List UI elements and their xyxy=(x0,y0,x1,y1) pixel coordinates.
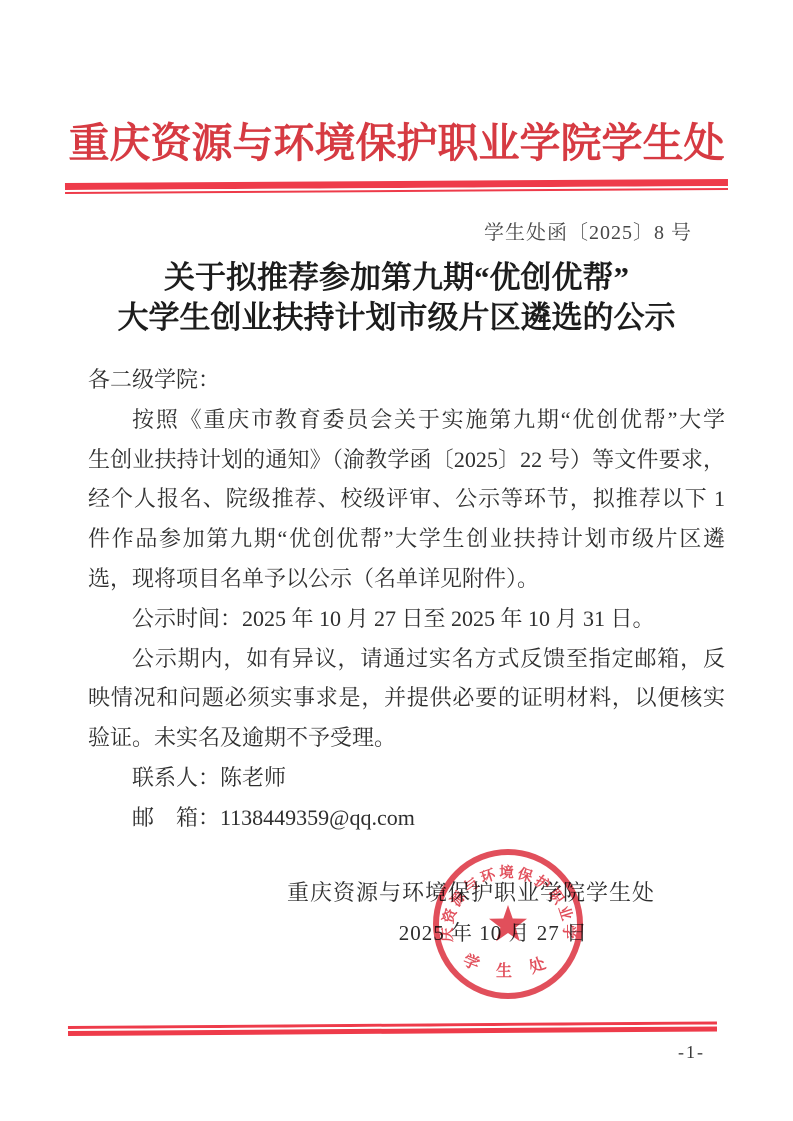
footer-rule xyxy=(68,1021,717,1036)
body-line: 各二级学院： xyxy=(88,360,725,400)
body-line: 公示期内，如有异议，请通过实名方式反馈至指定邮箱，反 xyxy=(132,639,725,679)
letterhead-rule xyxy=(65,179,728,194)
notice-title: 关于拟推荐参加第九期“优创优帮” 大学生创业扶持计划市级片区遴选的公示 xyxy=(0,258,793,338)
document-page: 重庆资源与环境保护职业学院学生处 学生处函〔2025〕8 号 关于拟推荐参加第九… xyxy=(0,0,793,1121)
body-line: 生创业扶持计划的通知》（渝教学函〔2025〕22 号）等文件要求， xyxy=(88,440,725,480)
official-seal: 重庆资源与环境保护职业学院 学 生 处 xyxy=(427,845,589,1005)
body-line: 经个人报名、院级推荐、校级评审、公示等环节，拟推荐以下 1 xyxy=(88,479,725,519)
seal-bottom-text: 学 生 处 xyxy=(460,950,555,980)
body-line: 按照《重庆市教育委员会关于实施第九期“优创优帮”大学 xyxy=(132,400,725,440)
body-line: 件作品参加第九期“优创优帮”大学生创业扶持计划市级片区遴 xyxy=(88,519,725,559)
page-number: -1- xyxy=(678,1042,705,1063)
body-line: 邮 箱：1138449359@qq.com xyxy=(132,798,725,838)
body-line: 映情况和问题必须实事求是，并提供必要的证明材料，以便核实 xyxy=(88,678,725,718)
body-line: 选，现将项目名单予以公示（名单详见附件）。 xyxy=(88,559,725,599)
notice-title-line1: 关于拟推荐参加第九期“优创优帮” xyxy=(0,258,793,298)
body-line: 联系人：陈老师 xyxy=(132,758,725,798)
document-number: 学生处函〔2025〕8 号 xyxy=(484,216,692,245)
notice-title-line2: 大学生创业扶持计划市级片区遴选的公示 xyxy=(0,298,793,338)
seal-star-icon xyxy=(489,905,527,941)
notice-body: 各二级学院：按照《重庆市教育委员会关于实施第九期“优创优帮”大学生创业扶持计划的… xyxy=(88,360,725,838)
body-line: 验证。未实名及逾期不予受理。 xyxy=(88,718,725,758)
body-line: 公示时间：2025 年 10 月 27 日至 2025 年 10 月 31 日。 xyxy=(132,599,725,639)
letterhead-title: 重庆资源与环境保护职业学院学生处 xyxy=(0,110,793,169)
